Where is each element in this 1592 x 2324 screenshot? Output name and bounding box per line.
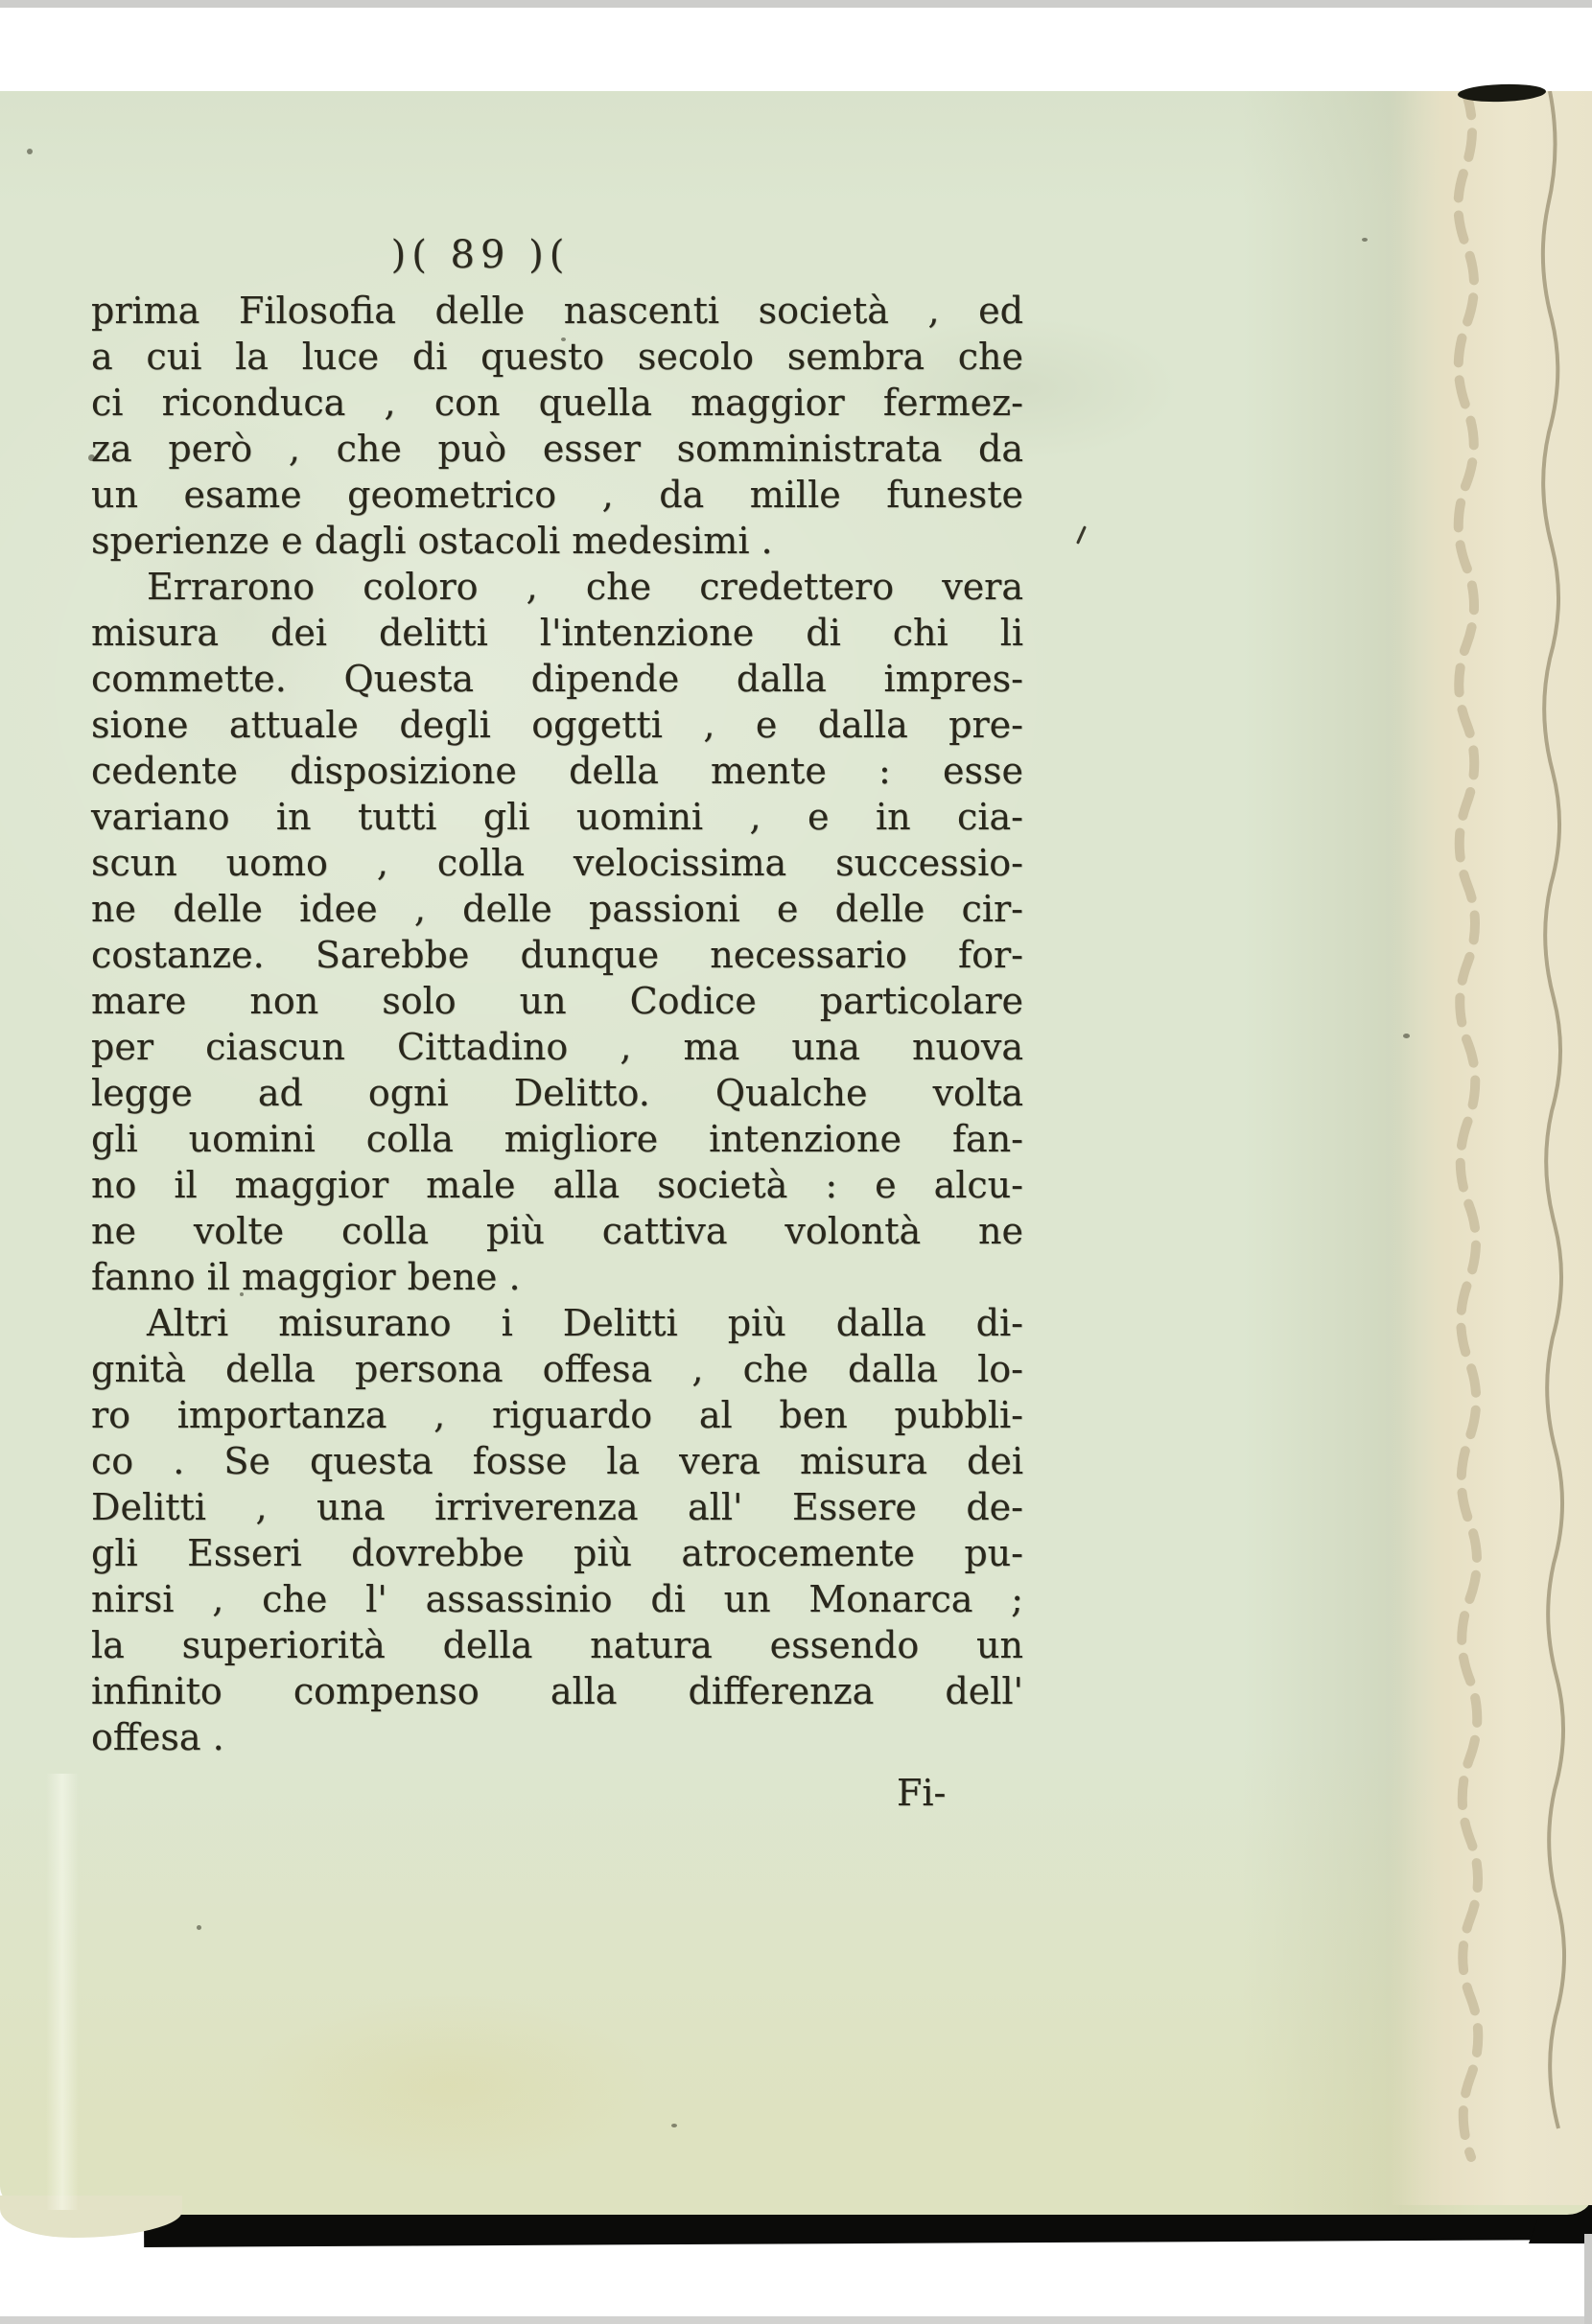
text-line: ne delle idee , delle passioni e delle c… [91, 886, 1023, 932]
text-line: no il maggior male alla società : e alcu… [91, 1162, 1023, 1208]
text-line: scun uomo , colla velocissima successio- [91, 840, 1023, 886]
paper-speck [197, 1925, 201, 1930]
paper-speck [671, 2124, 677, 2127]
text-line: misura dei delitti l'intenzione di chi l… [91, 610, 1023, 656]
scanner-strip-bottom [0, 2316, 1592, 2324]
text-line: commette. Questa dipende dalla impres- [91, 656, 1023, 702]
paper-stain [249, 1994, 652, 2176]
text-line: za però , che può esser somministrata da [91, 426, 1023, 472]
text-line: la superiorità della natura essendo un [91, 1622, 1023, 1668]
text-line: mare non solo un Codice particolare [91, 978, 1023, 1024]
text-line: costanze. Sarebbe dunque necessario for- [91, 932, 1023, 978]
catchword: Fi- [897, 1772, 946, 1814]
text-line: variano in tutti gli uomini , e in cia- [91, 794, 1023, 840]
text-line: offesa . [91, 1714, 1023, 1760]
text-line: fanno il maggior bene . [91, 1254, 1023, 1300]
body-text: prima Filosofia delle nascenti società ,… [91, 288, 1023, 1760]
text-line: gli uomini colla migliore intenzione fan… [91, 1116, 1023, 1162]
text-line: co . Se questa fosse la vera misura dei [91, 1438, 1023, 1484]
text-line: sione attuale degli oggetti , e dalla pr… [91, 702, 1023, 748]
text-line: per ciascun Cittadino , ma una nuova [91, 1024, 1023, 1070]
text-line: prima Filosofia delle nascenti società ,… [91, 288, 1023, 334]
fore-edge-hatching [1439, 91, 1492, 2196]
paper-speck [1403, 1034, 1410, 1038]
text-line: ci riconduca , con quella maggior fermez… [91, 380, 1023, 426]
scanner-strip-top [0, 0, 1592, 8]
text-line: a cui la luce di questo secolo sembra ch… [91, 334, 1023, 380]
fore-edge-outline [1531, 91, 1573, 2196]
text-line: infinito compenso alla differenza dell' [91, 1668, 1023, 1714]
text-line: cedente disposizione della mente : esse [91, 748, 1023, 794]
text-line: Delitti , una irriverenza all' Essere de… [91, 1484, 1023, 1530]
gutter-crease [46, 1774, 79, 2210]
text-line: Errarono coloro , che credettero vera [91, 564, 1023, 610]
text-line: sperienze e dagli ostacoli medesimi . [91, 518, 1023, 564]
text-line: Altri misurano i Delitti più dalla di- [91, 1300, 1023, 1346]
paper-speck [1362, 238, 1368, 242]
text-line: ne volte colla più cattiva volontà ne [91, 1208, 1023, 1254]
text-line: nirsi , che l' assassinio di un Monarca … [91, 1576, 1023, 1622]
text-line: gli Esseri dovrebbe più atrocemente pu- [91, 1530, 1023, 1576]
paper-speck [27, 149, 33, 154]
page-number: )( 89 )( [14, 233, 947, 277]
book-page-scan: )( 89 )( prima Filosofia delle nascenti … [0, 0, 1592, 2324]
text-line: gnità della persona offesa , che dalla l… [91, 1346, 1023, 1392]
text-line: legge ad ogni Delitto. Qualche volta [91, 1070, 1023, 1116]
scanner-strip-right [1584, 2234, 1592, 2324]
text-line: un esame geometrico , da mille funeste [91, 472, 1023, 518]
text-line: ro importanza , riguardo al ben pubbli- [91, 1392, 1023, 1438]
